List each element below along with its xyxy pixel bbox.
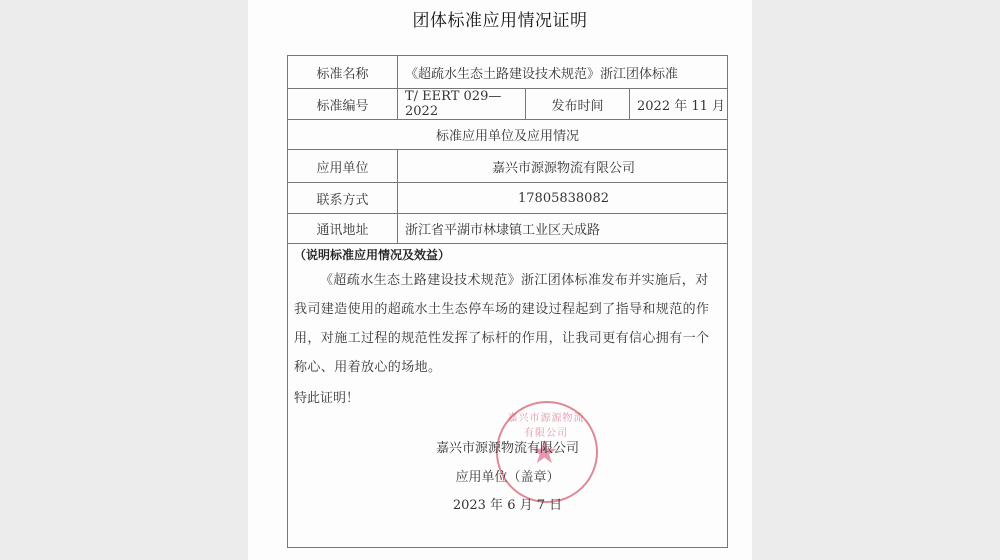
contact-value: 17805838082 [398, 183, 729, 213]
document-title: 团体标准应用情况证明 [248, 6, 752, 31]
row-address: 通讯地址 浙江省平湖市林埭镇工业区天成路 [288, 214, 727, 244]
description-closing: 特此证明！ [294, 387, 721, 406]
row-section-header: 标准应用单位及应用情况 [288, 120, 727, 150]
section-header: 标准应用单位及应用情况 [288, 120, 727, 149]
standard-name-value: 《超疏水生态土路建设技术规范》浙江团体标准 [398, 56, 729, 88]
row-contact: 联系方式 17805838082 [288, 183, 727, 214]
applicant-value: 嘉兴市源源物流有限公司 [398, 150, 729, 182]
description-body: 《超疏水生态土路建设技术规范》浙江团体标准发布并实施后，对我司建造使用的超疏水土… [294, 266, 721, 382]
address-value: 浙江省平湖市林埭镇工业区天成路 [398, 214, 729, 243]
document-page: 团体标准应用情况证明 标准名称 《超疏水生态土路建设技术规范》浙江团体标准 标准… [248, 0, 752, 560]
row-standard-name: 标准名称 《超疏水生态土路建设技术规范》浙江团体标准 [288, 56, 727, 89]
release-time-value: 2022 年 11 月 [630, 89, 729, 119]
standard-number-value: T/ EERT 029—2022 [398, 89, 526, 119]
standard-name-label: 标准名称 [288, 56, 398, 88]
contact-label: 联系方式 [288, 183, 398, 213]
standard-number-label: 标准编号 [288, 89, 398, 119]
row-standard-number: 标准编号 T/ EERT 029—2022 发布时间 2022 年 11 月 [288, 89, 727, 120]
certificate-table: 标准名称 《超疏水生态土路建设技术规范》浙江团体标准 标准编号 T/ EERT … [287, 55, 728, 548]
row-applicant: 应用单位 嘉兴市源源物流有限公司 [288, 150, 727, 183]
release-time-label: 发布时间 [526, 89, 630, 119]
applicant-label: 应用单位 [288, 150, 398, 182]
signature-company: 嘉兴市源源物流有限公司 [288, 437, 727, 456]
address-label: 通讯地址 [288, 214, 398, 243]
description-heading: （说明标准应用情况及效益） [294, 246, 721, 263]
signature-role: 应用单位（盖章） [288, 466, 727, 485]
signature-date: 2023 年 6 月 7 日 [288, 494, 727, 513]
description-section: （说明标准应用情况及效益） 《超疏水生态土路建设技术规范》浙江团体标准发布并实施… [288, 244, 727, 406]
